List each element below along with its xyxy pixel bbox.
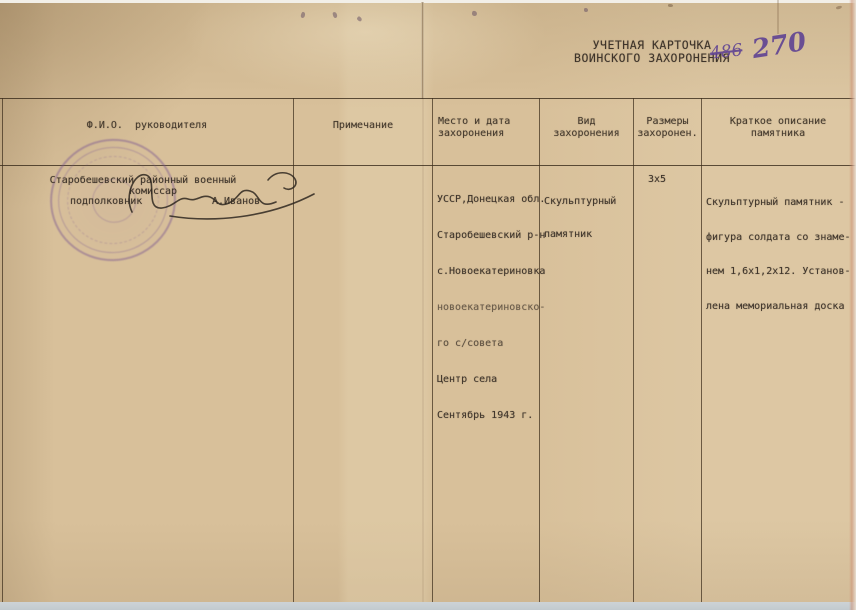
card-number-new: 270	[750, 27, 808, 65]
cell-description: Скульптурный памятник - фигура солдата с…	[706, 174, 851, 335]
column-header-description: Краткое описаниепамятника	[702, 116, 854, 140]
ink-speck	[300, 11, 306, 18]
table-col-rule-2	[432, 98, 433, 603]
signature	[118, 166, 333, 224]
ink-speck	[584, 8, 588, 12]
column-header-type: Видзахоронения	[540, 116, 633, 140]
table-col-rule-4	[633, 98, 634, 603]
scan-edge-right	[849, 0, 856, 610]
table-top-rule	[0, 98, 856, 99]
ink-speck	[356, 16, 362, 22]
ink-speck	[472, 11, 478, 17]
scan-edge-bottom	[0, 602, 856, 610]
cell-size: 3х5	[648, 174, 666, 186]
column-header-size: Размерызахоронен.	[634, 116, 701, 140]
cell-type: Скульптурный памятник	[544, 174, 616, 262]
ink-speck	[332, 12, 337, 19]
column-header-place: Место и датазахоронения	[438, 116, 510, 140]
card-number-old: 486	[709, 40, 743, 63]
cell-place: УССР,Донецкая обл. Старобешевский р-н с.…	[437, 170, 545, 446]
scan-edge-top	[0, 0, 856, 3]
document-scan: УЧЕТНАЯ КАРТОЧКА ВОИНСКОГО ЗАХОРОНЕНИЯ 4…	[0, 0, 856, 610]
column-header-note: Примечание	[294, 120, 432, 132]
fold-crease-faint	[422, 99, 424, 602]
ink-speck	[836, 5, 843, 10]
fold-crease-right	[777, 0, 779, 34]
table-left-rule	[2, 98, 3, 603]
ink-speck	[668, 4, 673, 7]
table-col-rule-5	[701, 98, 702, 603]
fold-crease	[421, 2, 424, 99]
